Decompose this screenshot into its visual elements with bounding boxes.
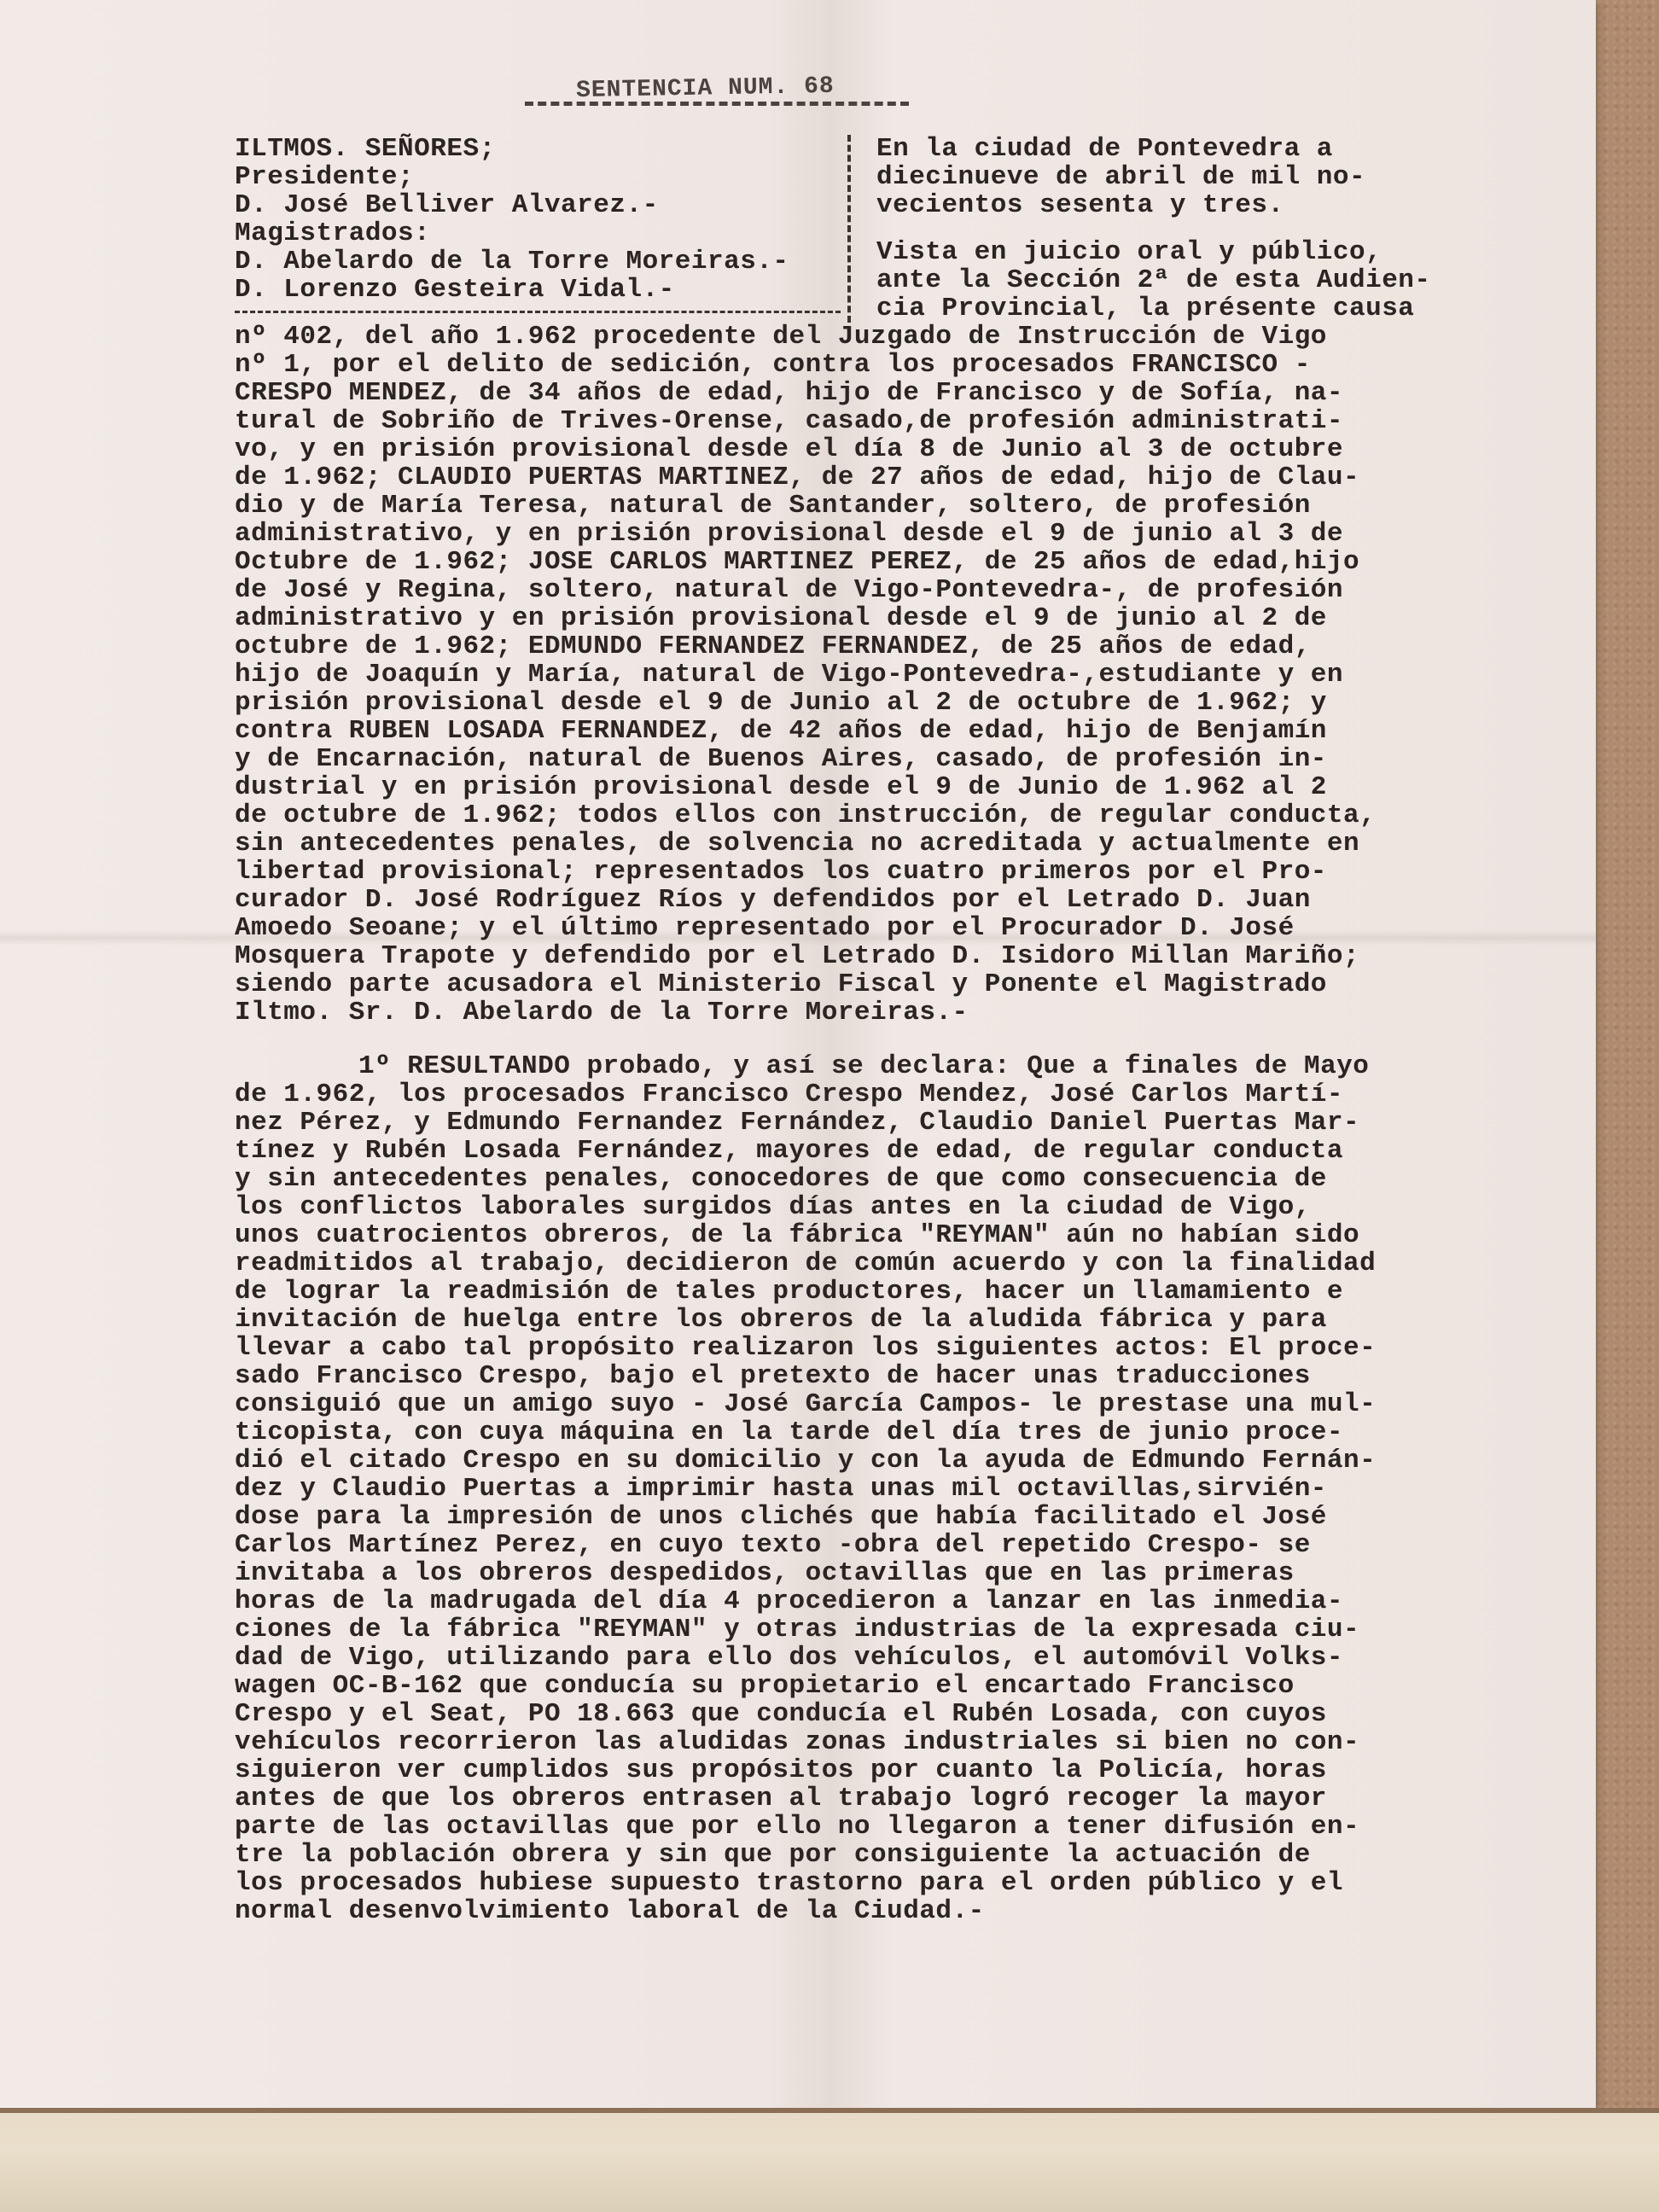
text-line: sin antecedentes penales, de solvencia n… [235, 829, 1566, 858]
text-line: normal desenvolvimiento laboral de la Ci… [235, 1897, 1566, 1925]
text-line: y de Encarnación, natural de Buenos Aire… [235, 745, 1566, 773]
text-line: de 1.962; CLAUDIO PUERTAS MARTINEZ, de 2… [235, 463, 1566, 492]
text-line: parte de las octavillas que por ello no … [235, 1813, 1566, 1841]
text-line: de octubre de 1.962; todos ellos con ins… [235, 801, 1566, 829]
paragraph-case-details: nº 402, del año 1.962 procedente del Juz… [235, 323, 1566, 1027]
text-line: Iltmo. Sr. D. Abelardo de la Torre Morei… [235, 998, 1566, 1027]
text-line: dad de Vigo, utilizando para ello dos ve… [235, 1644, 1566, 1672]
wooden-frame-edge [0, 2108, 1659, 2212]
text-line: dio y de María Teresa, natural de Santan… [235, 492, 1566, 520]
text-line: Mosquera Trapote y defendido por el Letr… [235, 942, 1566, 970]
text-line: dustrial y en prisión provisional desde … [235, 773, 1566, 801]
text-line: octubre de 1.962; EDMUNDO FERNANDEZ FERN… [235, 632, 1566, 661]
text-line: invitación de huelga entre los obreros d… [235, 1306, 1566, 1334]
text-line: vehículos recorrieron las aludidas zonas… [235, 1728, 1566, 1756]
document-page: SENTENCIA NUM. 68 ILTMOS. SEÑORES; Presi… [0, 0, 1596, 2108]
text-line: consiguió que un amigo suyo - José Garcí… [235, 1390, 1566, 1418]
text-line: hijo de Joaquín y María, natural de Vigo… [235, 661, 1566, 689]
text-line: administrativo y en prisión provisional … [235, 604, 1566, 632]
text-line: siguieron ver cumplidos sus propósitos p… [235, 1756, 1566, 1784]
text-line: prisión provisional desde el 9 de Junio … [235, 689, 1566, 717]
text-line: 1º RESULTANDO probado, y así se declara:… [235, 1052, 1566, 1080]
text-line: dez y Claudio Puertas a imprimir hasta u… [235, 1475, 1566, 1503]
text-line: readmitidos al trabajo, decidieron de co… [235, 1249, 1566, 1278]
text-line: siendo parte acusadora el Ministerio Fis… [235, 970, 1566, 998]
text-line: y sin antecedentes penales, conocedores … [235, 1165, 1566, 1193]
typewritten-text: SENTENCIA NUM. 68 ILTMOS. SEÑORES; Presi… [235, 68, 1566, 1925]
text-line: tínez y Rubén Losada Fernández, mayores … [235, 1137, 1566, 1165]
text-line: de José y Regina, soltero, natural de Vi… [235, 576, 1566, 604]
intro-line: Vista en juicio oral y público, [876, 238, 1508, 266]
intro-line: ante la Sección 2ª de esta Audien- [876, 266, 1508, 294]
text-line: de 1.962, los procesados Francisco Cresp… [235, 1080, 1566, 1109]
header-left-line: ILTMOS. SEÑORES; [235, 135, 841, 163]
header-date-block: En la ciudad de Pontevedra a diecinueve … [851, 135, 1508, 323]
tribunal-members: ILTMOS. SEÑORES; Presidente; D. José Bel… [235, 135, 851, 323]
text-line: dose para la impresión de unos clichés q… [235, 1503, 1566, 1531]
text-line: ticopista, con cuya máquina en la tarde … [235, 1418, 1566, 1447]
header-left-line: Presidente; [235, 163, 841, 191]
text-line: tre la población obrera y sin que por co… [235, 1841, 1566, 1869]
text-line: horas de la madrugada del día 4 procedie… [235, 1587, 1566, 1615]
text-line: administrativo, y en prisión provisional… [235, 520, 1566, 548]
text-line: los procesados hubiese supuesto trastorn… [235, 1869, 1566, 1897]
header-left-line: D. Lorenzo Gesteira Vidal.- [235, 276, 841, 304]
text-line: invitaba a los obreros despedidos, octav… [235, 1559, 1566, 1587]
text-line: los conflictos laborales surgidos días a… [235, 1193, 1566, 1221]
text-line: libertad provisional; representados los … [235, 858, 1566, 886]
header-left-line: Magistrados: [235, 219, 841, 247]
header-block: ILTMOS. SEÑORES; Presidente; D. José Bel… [235, 135, 1566, 323]
header-divider [235, 311, 841, 313]
header-left-line: D. Abelardo de la Torre Moreiras.- [235, 247, 841, 276]
text-line: Crespo y el Seat, PO 18.663 que conducía… [235, 1700, 1566, 1728]
text-line: antes de que los obreros entrasen al tra… [235, 1784, 1566, 1813]
document-title: SENTENCIA NUM. 68 [576, 60, 1566, 105]
paragraph-resultando: 1º RESULTANDO probado, y así se declara:… [235, 1052, 1566, 1925]
text-line: vo, y en prisión provisional desde el dí… [235, 435, 1566, 463]
text-line: nº 402, del año 1.962 procedente del Juz… [235, 323, 1566, 351]
header-left-line: D. José Belliver Alvarez.- [235, 191, 841, 219]
text-line: unos cuatrocientos obreros, de la fábric… [235, 1221, 1566, 1249]
text-line: Octubre de 1.962; JOSE CARLOS MARTINEZ P… [235, 548, 1566, 576]
text-line: llevar a cabo tal propósito realizaron l… [235, 1334, 1566, 1362]
date-line: diecinueve de abril de mil no- [876, 163, 1508, 191]
text-line: Amoedo Seoane; y el último representado … [235, 914, 1566, 942]
text-line: nez Pérez, y Edmundo Fernandez Fernández… [235, 1109, 1566, 1137]
text-line: tural de Sobriño de Trives-Orense, casad… [235, 407, 1566, 435]
date-line: vecientos sesenta y tres. [876, 191, 1508, 219]
text-line: ciones de la fábrica "REYMAN" y otras in… [235, 1615, 1566, 1644]
intro-line: cia Provincial, la présente causa [876, 294, 1508, 323]
text-line: wagen OC-B-162 que conducía su propietar… [235, 1672, 1566, 1700]
text-line: contra RUBEN LOSADA FERNANDEZ, de 42 año… [235, 717, 1566, 745]
text-line: de lograr la readmisión de tales product… [235, 1278, 1566, 1306]
text-line: CRESPO MENDEZ, de 34 años de edad, hijo … [235, 379, 1566, 407]
text-line: dió el citado Crespo en su domicilio y c… [235, 1447, 1566, 1475]
date-line: En la ciudad de Pontevedra a [876, 135, 1508, 163]
text-line: Carlos Martínez Perez, en cuyo texto -ob… [235, 1531, 1566, 1559]
text-line: curador D. José Rodríguez Ríos y defendi… [235, 886, 1566, 914]
text-line: sado Francisco Crespo, bajo el pretexto … [235, 1362, 1566, 1390]
text-line: nº 1, por el delito de sedición, contra … [235, 351, 1566, 379]
